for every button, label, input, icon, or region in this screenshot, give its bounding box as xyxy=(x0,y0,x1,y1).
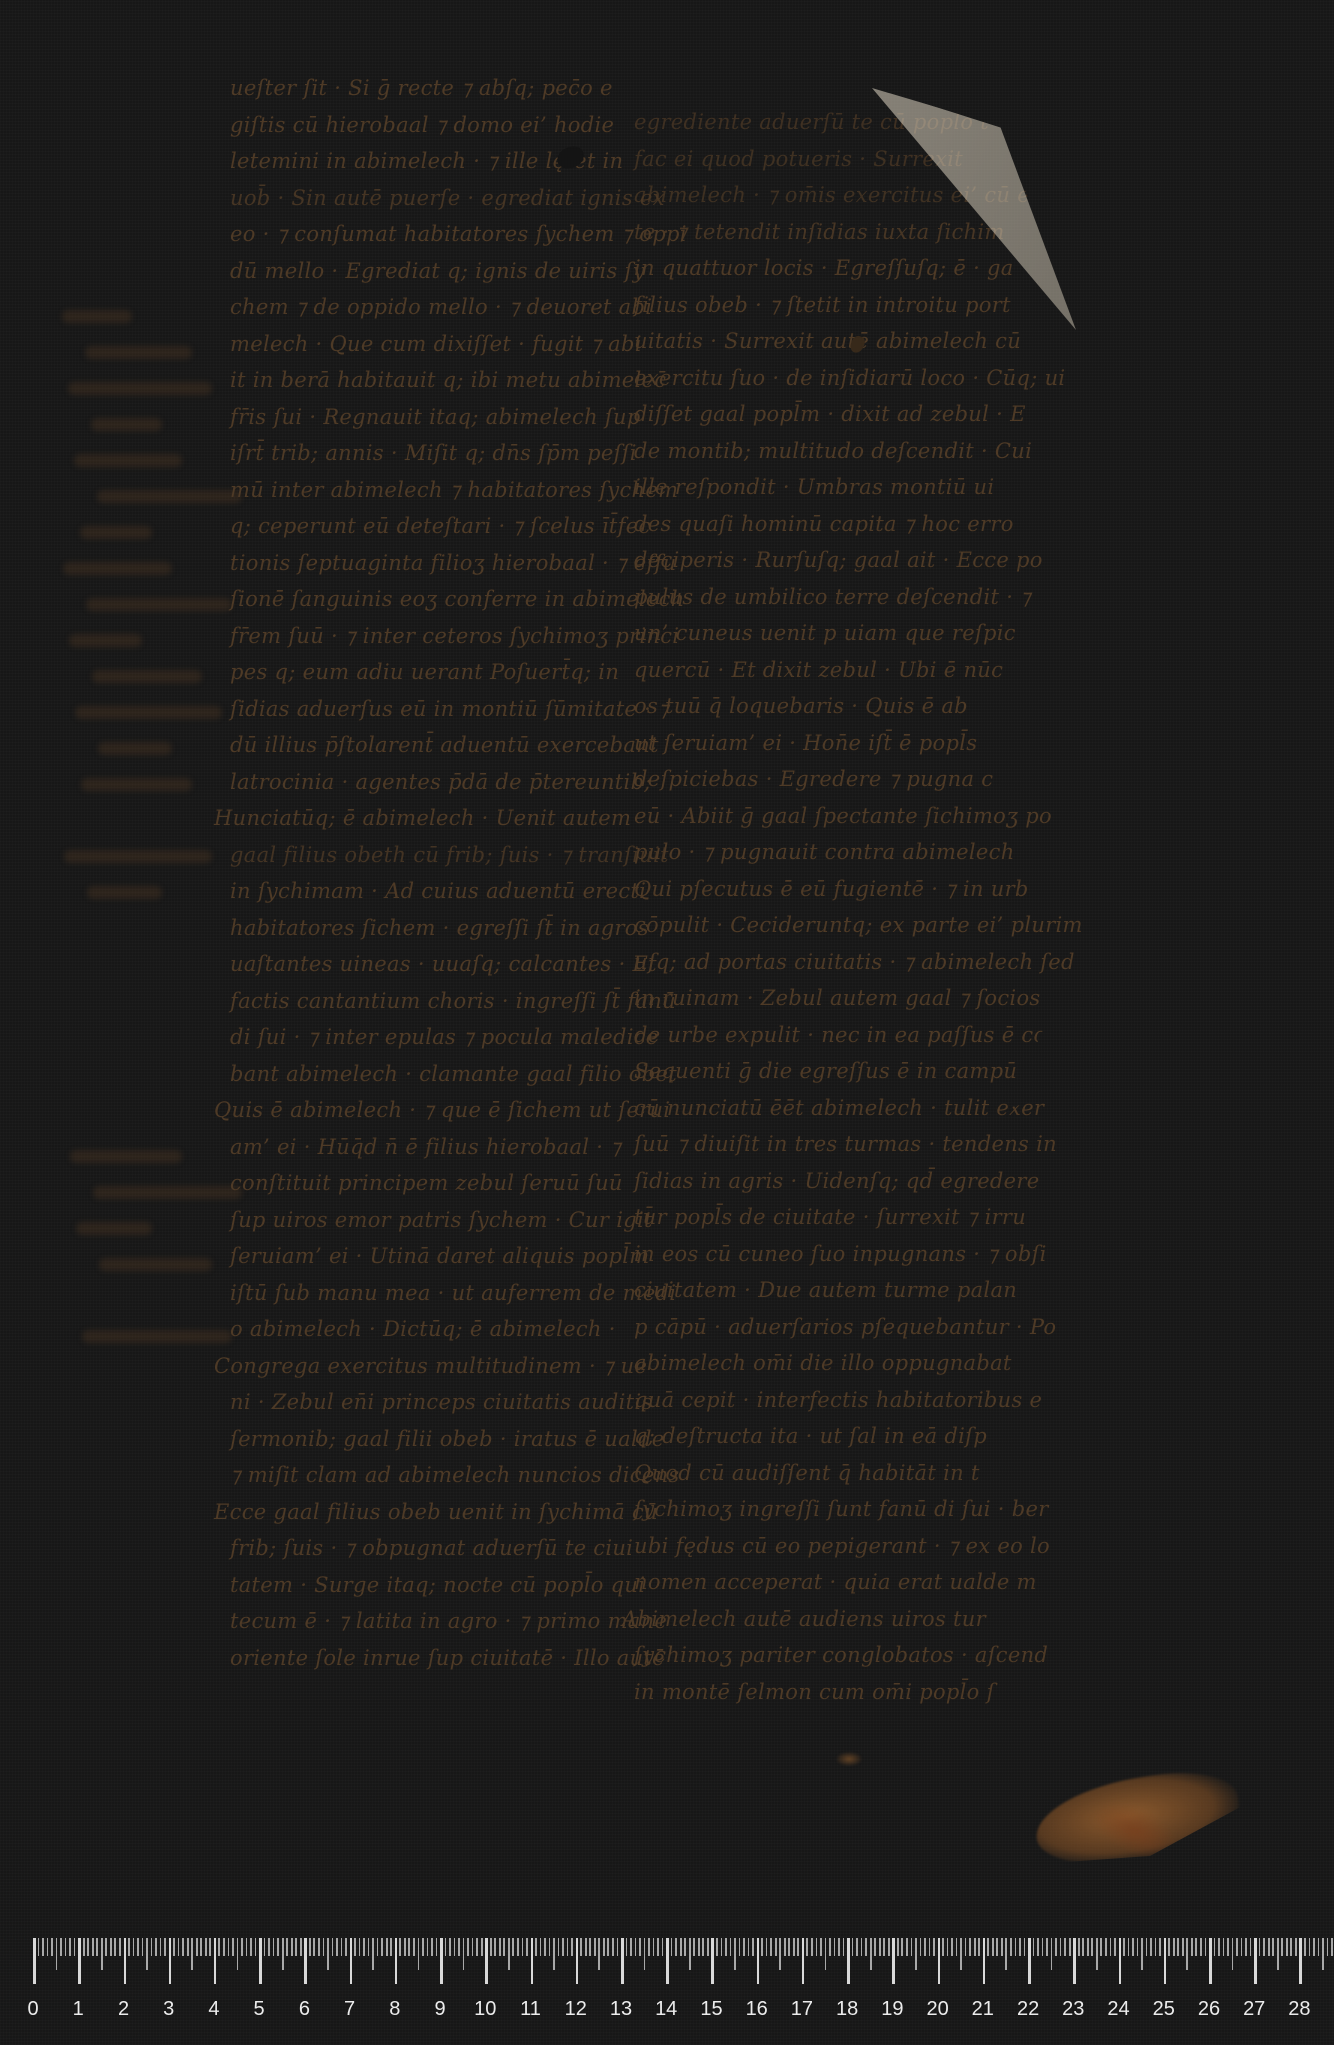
mm-tick xyxy=(1268,1938,1270,1956)
manuscript-line: in eos cū cuneo ſuo inpugnans · ⁊ obſi xyxy=(634,1236,1334,1273)
cm-tick xyxy=(621,1938,624,1984)
ruler-number: 5 xyxy=(237,1998,281,2021)
ruler-number: 14 xyxy=(644,1998,688,2021)
mm-tick xyxy=(327,1938,329,1970)
cm-ruler: 0123456789101112131415161718192021222324… xyxy=(0,1938,1334,2045)
mm-tick xyxy=(1001,1938,1003,1956)
mm-tick xyxy=(680,1938,682,1956)
mm-tick xyxy=(843,1938,845,1956)
manuscript-line: pes q; eum adiu uerant Poſuert̄q; in xyxy=(230,654,630,691)
manuscript-line: it in berā habitauit q; ibi metu abimele… xyxy=(230,362,630,399)
mm-tick xyxy=(874,1938,876,1956)
mm-tick xyxy=(1105,1938,1107,1956)
mm-tick xyxy=(906,1938,908,1956)
manuscript-line: pulo · ⁊ pugnauit contra abimelech xyxy=(634,834,1334,871)
mm-tick xyxy=(1191,1938,1193,1956)
mm-tick xyxy=(1272,1938,1274,1956)
mm-tick xyxy=(390,1938,392,1956)
mm-tick xyxy=(956,1938,958,1956)
ruler-number: 8 xyxy=(373,1998,417,2021)
manuscript-line: un’ cuneus uenit p uiam que reſpic xyxy=(634,615,1334,652)
mm-tick xyxy=(494,1938,496,1956)
mm-tick xyxy=(354,1938,356,1956)
manuscript-line: in quattuor locis · Egreſſuſq; ē · ga xyxy=(634,250,1334,287)
cm-tick xyxy=(1209,1938,1212,1984)
mm-tick xyxy=(182,1938,184,1956)
mm-tick xyxy=(1327,1938,1329,1956)
mm-tick xyxy=(427,1938,429,1956)
mm-tick xyxy=(463,1938,465,1970)
mm-tick xyxy=(1150,1938,1152,1956)
mm-tick xyxy=(241,1938,243,1956)
mm-tick xyxy=(277,1938,279,1956)
mm-tick xyxy=(273,1938,275,1956)
manuscript-line: cōpulit · Cecideruntq; ex parte ei’ plur… xyxy=(634,907,1334,944)
cm-tick xyxy=(531,1938,534,1984)
ruler-number: 26 xyxy=(1187,1998,1231,2021)
manuscript-line: abimelech om̄i die illo oppugnabat xyxy=(634,1345,1334,1382)
mm-tick xyxy=(1295,1938,1297,1956)
mm-tick xyxy=(517,1938,519,1956)
cm-tick xyxy=(802,1938,805,1984)
manuscript-line: quercū · Et dixit zebul · Ubi ē nūc xyxy=(634,652,1334,689)
mm-tick xyxy=(1100,1938,1102,1956)
cm-tick xyxy=(169,1938,172,1984)
mm-tick xyxy=(784,1938,786,1956)
mm-tick xyxy=(164,1938,166,1956)
mm-tick xyxy=(1033,1938,1035,1956)
manuscript-line: pulus de umbilico terre deſcendit · ⁊ xyxy=(634,579,1334,616)
mm-tick xyxy=(657,1938,659,1956)
cm-tick xyxy=(666,1938,669,1984)
mm-tick xyxy=(743,1938,745,1956)
mm-tick xyxy=(1313,1938,1315,1956)
ruler-number: 20 xyxy=(916,1998,960,2021)
mm-tick xyxy=(309,1938,311,1956)
manuscript-line: o abimelech · Dictūq; ē abimelech · xyxy=(230,1311,630,1348)
mm-tick xyxy=(734,1938,736,1970)
mm-tick xyxy=(1132,1938,1134,1956)
mm-tick xyxy=(888,1938,890,1956)
mm-tick xyxy=(372,1938,374,1970)
mm-tick xyxy=(47,1938,49,1956)
manuscript-line: factis cantantium choris · ingreſſi ſt̄ … xyxy=(230,983,630,1020)
mm-tick xyxy=(38,1938,40,1956)
bleed-through-stripe xyxy=(87,886,162,899)
mm-tick xyxy=(617,1938,619,1956)
manuscript-line: uitatis · Surrexit autē abimelech cū xyxy=(634,323,1334,360)
mm-tick xyxy=(1286,1938,1288,1956)
mm-tick xyxy=(1055,1938,1057,1956)
bleed-through-stripe xyxy=(99,1258,212,1271)
manuscript-line: ut ſeruiam’ ei · Hon̄e iſt̄ ē popl̄s xyxy=(634,725,1334,762)
manuscript-line: ſeruiam’ ei · Utinā daret aliquis popl̄m xyxy=(230,1238,630,1275)
mm-tick xyxy=(1195,1938,1197,1956)
manuscript-line: ille reſpondit · Umbras montiū ui xyxy=(634,469,1334,506)
manuscript-line: de montib; multitudo deſcendit · Cui xyxy=(634,433,1334,470)
manuscript-line: melech · Que cum dixiſſet · fugit ⁊ abi xyxy=(230,326,630,363)
mm-tick xyxy=(761,1938,763,1956)
mm-tick xyxy=(1259,1938,1261,1956)
mm-tick xyxy=(933,1938,935,1956)
ruler-number: 28 xyxy=(1277,1998,1321,2021)
mm-tick xyxy=(65,1938,67,1956)
ruler-number: 27 xyxy=(1232,1998,1276,2021)
mm-tick xyxy=(1236,1938,1238,1956)
ruler-number: 12 xyxy=(554,1998,598,2021)
mm-tick xyxy=(1218,1938,1220,1956)
bleed-through-stripe xyxy=(80,526,152,539)
mm-tick xyxy=(526,1938,528,1956)
mm-tick xyxy=(1010,1938,1012,1956)
mm-tick xyxy=(472,1938,474,1956)
mm-tick xyxy=(114,1938,116,1956)
mm-tick xyxy=(1304,1938,1306,1956)
mm-tick xyxy=(580,1938,582,1956)
manuscript-line: ni · Zebul en̄i princeps ciuitatis audit… xyxy=(230,1384,630,1421)
manuscript-line: ciuitatem · Due autem turme palan xyxy=(634,1272,1334,1309)
mm-tick xyxy=(386,1938,388,1956)
manuscript-line: ueſter ſit · Si ḡ recte ⁊ abſq; pec̄o e xyxy=(230,70,630,107)
mm-tick xyxy=(56,1938,58,1970)
mm-tick xyxy=(291,1938,293,1956)
mm-tick xyxy=(585,1938,587,1956)
manuscript-line: filius obeb · ⁊ ſtetit in introitu port xyxy=(634,287,1334,324)
manuscript-line: ſidias aduerſus eū in montiū ſūmitate · … xyxy=(230,691,630,728)
mm-tick xyxy=(721,1938,723,1956)
mm-tick xyxy=(205,1938,207,1956)
mm-tick xyxy=(544,1938,546,1956)
ruler-number: 15 xyxy=(690,1998,734,2021)
mm-tick xyxy=(996,1938,998,1956)
mm-tick xyxy=(648,1938,650,1956)
manuscript-line: uaſtantes uineas · uuaſq; calcantes · Et xyxy=(230,946,630,983)
rust-speck xyxy=(1148,112,1157,119)
manuscript-line: egrediente aduerſū te cū popl̄o t xyxy=(634,104,1334,141)
manuscript-line: di ſui · ⁊ inter epulas ⁊ pocula maledic… xyxy=(230,1019,630,1056)
cm-tick xyxy=(33,1938,36,1984)
mm-tick xyxy=(1182,1938,1184,1956)
manuscript-line: oriente ſole inrue ſup ciuitatē · Illo a… xyxy=(230,1640,630,1677)
manuscript-line: Qui pſecutus ē eū fugientē · ⁊ in urb xyxy=(634,871,1334,908)
mm-tick xyxy=(503,1938,505,1956)
mm-tick xyxy=(1159,1938,1161,1956)
mm-tick xyxy=(490,1938,492,1956)
mm-tick xyxy=(476,1938,478,1956)
mm-tick xyxy=(1186,1938,1188,1970)
manuscript-line: ſup uiros emor patris ſychem · Cur igit̄ xyxy=(230,1202,630,1239)
manuscript-line: dū mello · Egrediat q; ignis de uiris ſy xyxy=(230,253,630,290)
mm-tick xyxy=(119,1938,121,1956)
manuscript-line: tatem · Surge itaq; nocte cū popl̄o qui xyxy=(230,1567,630,1604)
manuscript-line: ſychimoʒ ingreſſi ſunt fanū di ſui · ber xyxy=(634,1491,1334,1528)
mm-tick xyxy=(368,1938,370,1956)
manuscript-line: ſychimoʒ pariter conglobatos · aſcend xyxy=(634,1637,1334,1674)
ruler-number: 21 xyxy=(961,1998,1005,2021)
mm-tick xyxy=(960,1938,962,1970)
mm-tick xyxy=(571,1938,573,1956)
mm-tick xyxy=(825,1938,827,1970)
mm-tick xyxy=(816,1938,818,1956)
mm-tick xyxy=(838,1938,840,1956)
cm-tick xyxy=(1028,1938,1031,1984)
mm-tick xyxy=(901,1938,903,1956)
mm-tick xyxy=(96,1938,98,1956)
bleed-through-stripe xyxy=(76,1222,152,1235)
mm-tick xyxy=(1015,1938,1017,1956)
manuscript-line: Sequenti ḡ die egreſſus ē in campū · Q xyxy=(634,1053,1334,1090)
mm-tick xyxy=(766,1938,768,1956)
mm-tick xyxy=(1223,1938,1225,1956)
manuscript-line: ſionē ſanguinis eoʒ conferre in abimelec… xyxy=(230,581,630,618)
manuscript-line: in ruinam · Zebul autem gaal ⁊ ſocios xyxy=(634,980,1334,1017)
mm-tick xyxy=(151,1938,153,1956)
manuscript-line: Ecce gaal filius obeb uenit in ſychimā c… xyxy=(214,1494,630,1531)
cm-tick xyxy=(350,1938,353,1984)
manuscript-line: bant abimelech · clamante gaal filio obe… xyxy=(230,1056,630,1093)
mm-tick xyxy=(295,1938,297,1956)
manuscript-line: in montē ſelmon cum om̄i popl̄o ſ xyxy=(634,1674,1334,1711)
mm-tick xyxy=(178,1938,180,1956)
mm-tick xyxy=(101,1938,103,1970)
mm-tick xyxy=(83,1938,85,1956)
mm-tick xyxy=(974,1938,976,1956)
mm-tick xyxy=(250,1938,252,1956)
mm-tick xyxy=(897,1938,899,1956)
mm-tick xyxy=(1069,1938,1071,1956)
cm-tick xyxy=(1254,1938,1257,1984)
mm-tick xyxy=(522,1938,524,1956)
mm-tick xyxy=(246,1938,248,1956)
ruler-number: 1 xyxy=(56,1998,100,2021)
mm-tick xyxy=(1214,1938,1216,1956)
manuscript-line: am’ ei · Hūq̄d n̄ ē filius hierobaal · ⁊ xyxy=(230,1129,630,1166)
mm-tick xyxy=(752,1938,754,1956)
mm-tick xyxy=(449,1938,451,1956)
mm-tick xyxy=(512,1938,514,1956)
cm-tick xyxy=(214,1938,217,1984)
bleed-through-stripe xyxy=(97,490,242,503)
mm-tick xyxy=(1245,1938,1247,1956)
mm-tick xyxy=(549,1938,551,1956)
mm-tick xyxy=(540,1938,542,1956)
mm-tick xyxy=(445,1938,447,1956)
bleed-through-stripe xyxy=(91,418,162,431)
mm-tick xyxy=(1046,1938,1048,1956)
mm-tick xyxy=(779,1938,781,1970)
mm-tick xyxy=(567,1938,569,1956)
mm-tick xyxy=(408,1938,410,1956)
cm-tick xyxy=(78,1938,81,1984)
mm-tick xyxy=(969,1938,971,1956)
mm-tick xyxy=(332,1938,334,1956)
parchment-sheet: ueſter ſit · Si ḡ recte ⁊ abſq; pec̄o eg… xyxy=(0,0,1334,2045)
mm-tick xyxy=(1141,1938,1143,1970)
manuscript-line: iſrt̄ trib; annis · Miſit q; dn̄s ſp̄m p… xyxy=(230,435,630,472)
mm-tick xyxy=(173,1938,175,1956)
mm-tick xyxy=(748,1938,750,1956)
mm-tick xyxy=(1019,1938,1021,1956)
mm-tick xyxy=(155,1938,157,1956)
manuscript-line: eū · Abiit ḡ gaal ſpectante ſichimoʒ po xyxy=(634,798,1334,835)
mm-tick xyxy=(811,1938,813,1956)
mm-tick xyxy=(992,1938,994,1956)
mm-tick xyxy=(92,1938,94,1956)
manuscript-line: iſtū ſub manu mea · ut auferrem de medi xyxy=(230,1275,630,1312)
cm-tick xyxy=(124,1938,127,1984)
mm-tick xyxy=(268,1938,270,1956)
bleed-through-stripe xyxy=(64,850,212,863)
mm-tick xyxy=(467,1938,469,1956)
cm-tick xyxy=(395,1938,398,1984)
cm-tick xyxy=(847,1938,850,1984)
mm-tick xyxy=(69,1938,71,1956)
mm-tick xyxy=(770,1938,772,1956)
mm-tick xyxy=(1082,1938,1084,1956)
ruler-number: 11 xyxy=(509,1998,553,2021)
bleed-through-stripe xyxy=(81,778,192,791)
mm-tick xyxy=(377,1938,379,1956)
mm-tick xyxy=(237,1938,239,1970)
mm-tick xyxy=(861,1938,863,1956)
mm-tick xyxy=(698,1938,700,1956)
mm-tick xyxy=(345,1938,347,1956)
mm-tick xyxy=(852,1938,854,1956)
mm-tick xyxy=(264,1938,266,1956)
manuscript-line: habitatores ſichem · egreſſi ſt̄ in agro… xyxy=(230,910,630,947)
mm-tick xyxy=(829,1938,831,1956)
rust-speck xyxy=(920,64,927,69)
manuscript-line: deciperis · Rurſuſq; gaal ait · Ecce po xyxy=(634,542,1334,579)
mm-tick xyxy=(508,1938,510,1970)
mm-tick xyxy=(1155,1938,1157,1956)
ruler-number: 23 xyxy=(1051,1998,1095,2021)
mm-tick xyxy=(1227,1938,1229,1956)
rust-speck xyxy=(1210,128,1218,136)
rust-speck xyxy=(1228,160,1238,166)
mm-tick xyxy=(74,1938,76,1956)
mm-tick xyxy=(1042,1938,1044,1956)
mm-tick xyxy=(218,1938,220,1956)
mm-tick xyxy=(725,1938,727,1956)
cm-tick xyxy=(1299,1938,1302,1984)
cm-tick xyxy=(757,1938,760,1984)
mm-tick xyxy=(300,1938,302,1956)
cm-tick xyxy=(1073,1938,1076,1984)
ruler-number: 9 xyxy=(418,1998,462,2021)
mm-tick xyxy=(915,1938,917,1970)
ruler-number: 17 xyxy=(780,1998,824,2021)
mm-tick xyxy=(1277,1938,1279,1970)
manuscript-line: dū illius p̄ſtolarent̄ aduentū exerceban… xyxy=(230,727,630,764)
bleed-through-stripe xyxy=(68,382,212,395)
mm-tick xyxy=(363,1938,365,1956)
mm-tick xyxy=(1168,1938,1170,1956)
mm-tick xyxy=(879,1938,881,1956)
manuscript-line: quā cepit · interfectis habitatoribus e xyxy=(634,1382,1334,1419)
mm-tick xyxy=(653,1938,655,1956)
mm-tick xyxy=(60,1938,62,1956)
mm-tick xyxy=(607,1938,609,1956)
mm-tick xyxy=(1128,1938,1130,1956)
manuscript-line: giſtis cū hierobaal ⁊ domo ei’ hodie xyxy=(230,107,630,144)
mm-tick xyxy=(232,1938,234,1956)
manuscript-line: mū inter abimelech ⁊ habitatores ſychem xyxy=(230,472,630,509)
mm-tick xyxy=(413,1938,415,1956)
mm-tick xyxy=(187,1938,189,1956)
bleed-through-stripe xyxy=(93,1186,242,1199)
mm-tick xyxy=(1096,1938,1098,1970)
cm-tick xyxy=(938,1938,941,1984)
mm-tick xyxy=(603,1938,605,1956)
manuscript-line: fr̄is ſui · Regnauit itaq; abimelech ſup xyxy=(230,399,630,436)
cm-tick xyxy=(1119,1938,1122,1984)
ruler-number: 22 xyxy=(1006,1998,1050,2021)
mm-tick xyxy=(635,1938,637,1956)
mm-tick xyxy=(942,1938,944,1956)
mm-tick xyxy=(612,1938,614,1956)
mm-tick xyxy=(418,1938,420,1970)
cm-tick xyxy=(304,1938,307,1984)
mm-tick xyxy=(739,1938,741,1956)
mm-tick xyxy=(1114,1938,1116,1956)
mm-tick xyxy=(788,1938,790,1956)
mm-tick xyxy=(1263,1938,1265,1956)
mm-tick xyxy=(422,1938,424,1956)
mm-tick xyxy=(313,1938,315,1956)
mm-tick xyxy=(797,1938,799,1956)
manuscript-line: Abimelech autē audiens uiros tur xyxy=(622,1601,1334,1638)
mm-tick xyxy=(255,1938,257,1956)
mm-tick xyxy=(693,1938,695,1956)
manuscript-line: p cāpū · aduerſarios pſequebantur · Po xyxy=(634,1309,1334,1346)
mm-tick xyxy=(1200,1938,1202,1956)
ruler-number: 24 xyxy=(1097,1998,1141,2021)
ruler-number: 3 xyxy=(147,1998,191,2021)
ruler-number: 6 xyxy=(282,1998,326,2021)
manuscript-line: ubi fędus cū eo pepigerant · ⁊ ex eo lo xyxy=(634,1528,1334,1565)
mm-tick xyxy=(662,1938,664,1956)
mm-tick xyxy=(454,1938,456,1956)
manuscript-line: de urbe expulit · nec in ea paſſus ē com xyxy=(634,1017,1334,1054)
manuscript-line: conſtituit principem zebul ſeruū ſuū xyxy=(230,1165,630,1202)
mm-tick xyxy=(1173,1938,1175,1956)
bleed-through-stripe xyxy=(74,454,182,467)
manuscript-line: tecum ē · ⁊ latita in agro · ⁊ primo man… xyxy=(230,1603,630,1640)
manuscript-line: ⁊ miſit clam ad abimelech nuncios dicens xyxy=(230,1457,630,1494)
mm-tick xyxy=(1060,1938,1062,1956)
ruler-number: 16 xyxy=(735,1998,779,2021)
mm-tick xyxy=(1232,1938,1234,1970)
ruler-number: 7 xyxy=(328,1998,372,2021)
mm-tick xyxy=(820,1938,822,1956)
manuscript-line: q; deſtructa ita · ut ſal in eā diſp xyxy=(634,1418,1334,1455)
mm-tick xyxy=(965,1938,967,1956)
mm-tick xyxy=(535,1938,537,1956)
mm-tick xyxy=(947,1938,949,1956)
brown-stain-edge xyxy=(1290,1742,1334,1802)
mm-tick xyxy=(223,1938,225,1956)
manuscript-line: tionis ſeptuaginta filioʒ hierobaal · ⁊ … xyxy=(230,545,630,582)
bleed-through-stripe xyxy=(98,742,172,755)
mm-tick xyxy=(911,1938,913,1956)
mm-tick xyxy=(42,1938,44,1956)
mm-tick xyxy=(200,1938,202,1956)
mm-tick xyxy=(793,1938,795,1956)
mm-tick xyxy=(856,1938,858,1956)
mm-tick xyxy=(1110,1938,1112,1956)
mm-tick xyxy=(228,1938,230,1956)
